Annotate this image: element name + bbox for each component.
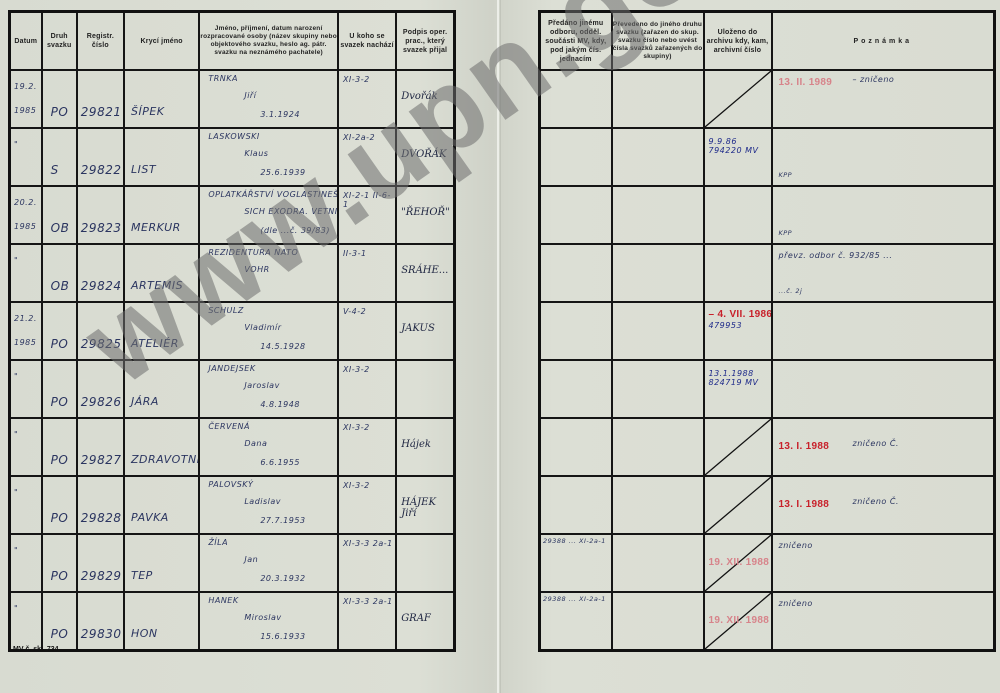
cell-transferred: 29388 ... XI-2a-1 [540, 534, 612, 592]
signature-value: "ŘEHOŘ" [401, 207, 449, 218]
date-value: " [14, 249, 40, 273]
cell-date: " [10, 476, 42, 534]
reg-value: 29822 [81, 163, 122, 177]
cell-converted [612, 534, 704, 592]
person-line-3: (dle ...č. 39/83) [260, 226, 330, 235]
person-line-2: Klaus [244, 149, 268, 158]
type-value: OB [51, 279, 70, 293]
cell-transferred [540, 128, 612, 186]
page-fold [497, 0, 499, 693]
form-code: MV č. skl. 734 [13, 646, 59, 653]
cell-date: 21.2. 1985 [10, 302, 42, 360]
cover-value: JÁRA [131, 395, 159, 408]
note-secondary: ...č. 2j [779, 287, 803, 295]
header-location: U koho se svazek nachází [338, 12, 396, 71]
cell-person: HANEKMiroslav15.6.1933 [199, 592, 338, 651]
cell-signature: HÁJEK Jiří [396, 476, 454, 534]
cell-signature: SRÁHE... [396, 244, 454, 302]
person-line-2: Miroslav [244, 613, 281, 622]
cover-value: TEP [131, 569, 153, 582]
cell-note [772, 302, 995, 360]
cover-value: PAVKA [131, 511, 169, 524]
cell-date: 20.2. 1985 [10, 186, 42, 244]
cell-signature [396, 360, 454, 418]
header-cover-name: Krycí jméno [124, 12, 199, 71]
cell-reg: 29827 [77, 418, 124, 476]
cell-type: PO [42, 476, 77, 534]
cell-cover: JÁRA [124, 360, 199, 418]
person-line-1: ČERVENÁ [208, 422, 250, 431]
person-line-1: JANDEJSEK [208, 364, 255, 373]
cell-transferred [540, 476, 612, 534]
location-value: XI-3-2 [343, 423, 395, 432]
date-value: " [14, 133, 40, 157]
header-row: Datum Druh svazku Registr. číslo Krycí j… [10, 12, 455, 71]
cell-archived: 19. XII. 1988 [704, 534, 772, 592]
signature-value: HÁJEK Jiří [401, 497, 453, 519]
cell-note: 13. I. 1988zničeno Č. [772, 418, 995, 476]
reg-value: 29827 [81, 453, 122, 467]
person-line-2: SICH EXODRA. VETNIV [244, 207, 338, 216]
header-archived: Uloženo do archivu kdy, kam, archivní čí… [704, 12, 772, 71]
cell-location: V-4-2 [338, 302, 396, 360]
cell-cover: MERKUR [124, 186, 199, 244]
table-row: "PO29827ZDRAVOTNICEČERVENÁDana6.6.1955XI… [10, 418, 455, 476]
cell-signature: DVOŘÁK [396, 128, 454, 186]
cell-archived [704, 418, 772, 476]
person-line-2: Vladimír [244, 323, 281, 332]
archived-value: 9.9.86 794220 MV [709, 137, 772, 155]
strike-line [705, 477, 771, 533]
archived-value: 479953 [709, 321, 772, 330]
cell-archived: 13.1.1988 824719 MV [704, 360, 772, 418]
cell-person: TRNKAJiří3.1.1924 [199, 70, 338, 128]
cell-signature: JAKUS [396, 302, 454, 360]
cell-person: PALOVSKÝLadislav27.7.1953 [199, 476, 338, 534]
signature-value: DVOŘÁK [401, 149, 446, 160]
person-line-2: Jan [244, 555, 258, 564]
person-line-1: LASKOWSKI [208, 132, 259, 141]
cell-transferred [540, 418, 612, 476]
note-stamp: 13. I. 1988 [779, 441, 830, 452]
cell-signature [396, 534, 454, 592]
cell-note: 13. II. 1989– zničeno [772, 70, 995, 128]
reg-value: 29830 [81, 627, 122, 641]
header-date: Datum [10, 12, 42, 71]
person-line-2: VOHR [244, 265, 269, 274]
cell-person: OPLATKÁŘSTVÍ VOGLASTINEŠSICH EXODRA. VET… [199, 186, 338, 244]
page-fold-shadow [500, 0, 501, 693]
cell-location: II-3-1 [338, 244, 396, 302]
location-value: XI-2a-2 [343, 133, 395, 142]
cell-type: PO [42, 302, 77, 360]
cell-transferred [540, 70, 612, 128]
person-line-3: 15.6.1933 [260, 632, 305, 641]
header-signature: Podpis oper. prac., který svazek přijal [396, 12, 454, 71]
signature-value: JAKUS [401, 323, 435, 334]
person-line-1: OPLATKÁŘSTVÍ VOGLASTINEŠ [208, 190, 338, 199]
person-line-2: Dana [244, 439, 267, 448]
reg-value: 29823 [81, 221, 122, 235]
person-line-1: SCHULZ [208, 306, 243, 315]
cell-date: " [10, 592, 42, 651]
cell-reg: 29824 [77, 244, 124, 302]
cell-note: KPP [772, 186, 995, 244]
location-value: XI-3-3 2a-1 [343, 597, 395, 606]
cell-converted [612, 418, 704, 476]
reg-value: 29828 [81, 511, 122, 525]
cell-converted [612, 70, 704, 128]
cell-note: 13. I. 1988zničeno Č. [772, 476, 995, 534]
type-value: OB [51, 221, 70, 235]
cell-cover: TEP [124, 534, 199, 592]
type-value: PO [51, 337, 69, 351]
signature-value: Hájek [401, 439, 431, 450]
note-stamp: 13. I. 1988 [779, 499, 830, 510]
cover-value: HON [131, 627, 158, 640]
date-value: " [14, 365, 40, 389]
person-line-2: Jaroslav [244, 381, 279, 390]
table-row: 13.1.1988 824719 MV [540, 360, 995, 418]
cell-note [772, 360, 995, 418]
cover-value: MERKUR [131, 221, 181, 234]
cover-value: ARTEMIS [131, 279, 183, 292]
person-line-3: 4.8.1948 [260, 400, 300, 409]
cell-reg: 29822 [77, 128, 124, 186]
table-row: 9.9.86 794220 MVKPP [540, 128, 995, 186]
reg-value: 29821 [81, 105, 122, 119]
cell-note: zničeno [772, 592, 995, 651]
cell-date: " [10, 534, 42, 592]
registry-table-left: Datum Druh svazku Registr. číslo Krycí j… [8, 10, 456, 652]
header-person: Jméno, příjmení, datum narození rozpraco… [199, 12, 338, 71]
reg-value: 29829 [81, 569, 122, 583]
cell-transferred [540, 244, 612, 302]
cell-reg: 29826 [77, 360, 124, 418]
person-line-3: 3.1.1924 [260, 110, 300, 119]
cell-converted [612, 592, 704, 651]
note-stamp: 13. II. 1989 [779, 77, 833, 88]
reg-value: 29826 [81, 395, 122, 409]
cell-reg: 29829 [77, 534, 124, 592]
cell-cover: LIST [124, 128, 199, 186]
cell-person: ŽÍLAJan20.3.1932 [199, 534, 338, 592]
cell-person: REZIDENTURA NATOVOHR [199, 244, 338, 302]
cell-reg: 29825 [77, 302, 124, 360]
cell-reg: 29828 [77, 476, 124, 534]
cell-archived [704, 186, 772, 244]
table-row: KPP [540, 186, 995, 244]
cell-note: zničeno [772, 534, 995, 592]
person-line-2: Ladislav [244, 497, 281, 506]
note-value: zničeno [779, 599, 813, 608]
cell-date: " [10, 244, 42, 302]
cell-date: " [10, 128, 42, 186]
cell-transferred: 29388 ... XI-2a-1 [540, 592, 612, 651]
signature-value: Dvořák [401, 91, 438, 102]
note-value: převz. odbor č. 932/85 ... [779, 251, 893, 260]
table-row: "PO29829TEPŽÍLAJan20.3.1932XI-3-3 2a-1 [10, 534, 455, 592]
location-value: XI-3-3 2a-1 [343, 539, 395, 548]
date-value: " [14, 539, 40, 563]
cell-person: JANDEJSEKJaroslav4.8.1948 [199, 360, 338, 418]
cell-converted [612, 360, 704, 418]
reg-value: 29824 [81, 279, 122, 293]
type-value: PO [51, 395, 69, 409]
table-row: převz. odbor č. 932/85 ......č. 2j [540, 244, 995, 302]
person-line-2: Jiří [244, 91, 256, 100]
cell-reg: 29823 [77, 186, 124, 244]
cell-reg: 29830 [77, 592, 124, 651]
header-row: Předáno jinému odboru, odděl. součásti M… [540, 12, 995, 71]
archived-value: 13.1.1988 824719 MV [709, 369, 772, 387]
header-note: Poznámka [772, 12, 995, 71]
cover-value: LIST [131, 163, 156, 176]
cell-signature: Dvořák [396, 70, 454, 128]
person-line-3: 27.7.1953 [260, 516, 305, 525]
table-row: "PO29826JÁRAJANDEJSEKJaroslav4.8.1948XI-… [10, 360, 455, 418]
type-value: PO [51, 569, 69, 583]
date-value: " [14, 597, 40, 621]
table-row: 20.2. 1985OB29823MERKUROPLATKÁŘSTVÍ VOGL… [10, 186, 455, 244]
cover-value: ATELIÉR [131, 337, 179, 350]
header-transferred: Předáno jinému odboru, odděl. součásti M… [540, 12, 612, 71]
person-line-3: 20.3.1932 [260, 574, 305, 583]
cell-signature: "ŘEHOŘ" [396, 186, 454, 244]
location-value: XI-3-2 [343, 365, 395, 374]
date-value: " [14, 423, 40, 447]
location-value: V-4-2 [343, 307, 395, 316]
type-value: S [51, 163, 59, 177]
note-value: zničeno Č. [853, 439, 899, 448]
signature-value: GRAF [401, 613, 431, 624]
cell-note: převz. odbor č. 932/85 ......č. 2j [772, 244, 995, 302]
cell-converted [612, 186, 704, 244]
archive-stamp: 19. XII. 1988 [709, 615, 770, 626]
cell-location: XI-3-2 [338, 360, 396, 418]
cell-cover: HON [124, 592, 199, 651]
cell-location: XI-3-2 [338, 476, 396, 534]
table-row: 29388 ... XI-2a-119. XII. 1988zničeno [540, 592, 995, 651]
table-row: "PO29830HONHANEKMiroslav15.6.1933XI-3-3 … [10, 592, 455, 651]
cell-cover: ZDRAVOTNICE [124, 418, 199, 476]
location-value: II-3-1 [343, 249, 395, 258]
date-value: " [14, 481, 40, 505]
type-value: PO [51, 453, 69, 467]
note-value: zničeno [779, 541, 813, 550]
cell-person: LASKOWSKIKlaus25.6.1939 [199, 128, 338, 186]
cell-type: OB [42, 244, 77, 302]
type-value: PO [51, 511, 69, 525]
note-secondary: KPP [779, 171, 793, 179]
table-row: 19.2. 1985PO29821ŠÍPEKTRNKAJiří3.1.1924X… [10, 70, 455, 128]
registry-table-right: Předáno jinému odboru, odděl. součásti M… [538, 10, 996, 652]
person-line-3: 14.5.1928 [260, 342, 305, 351]
cell-person: ČERVENÁDana6.6.1955 [199, 418, 338, 476]
header-reg-number: Registr. číslo [77, 12, 124, 71]
header-type: Druh svazku [42, 12, 77, 71]
cell-date: " [10, 360, 42, 418]
cell-location: XI-3-2 [338, 418, 396, 476]
cell-signature: Hájek [396, 418, 454, 476]
cell-archived: 9.9.86 794220 MV [704, 128, 772, 186]
reg-value: 29825 [81, 337, 122, 351]
table-row: 29388 ... XI-2a-119. XII. 1988zničeno [540, 534, 995, 592]
cell-type: PO [42, 70, 77, 128]
table-row: "PO29828PAVKAPALOVSKÝLadislav27.7.1953XI… [10, 476, 455, 534]
table-row: 13. I. 1988zničeno Č. [540, 476, 995, 534]
cell-converted [612, 128, 704, 186]
header-converted: Převedeno do jiného druhu svazku (zařaze… [612, 12, 704, 71]
person-line-1: REZIDENTURA NATO [208, 248, 298, 257]
person-line-1: TRNKA [208, 74, 238, 83]
cell-transferred [540, 360, 612, 418]
cell-type: PO [42, 592, 77, 651]
cell-converted [612, 476, 704, 534]
table-row: 13. II. 1989– zničeno [540, 70, 995, 128]
transferred-value: 29388 ... XI-2a-1 [543, 537, 606, 545]
cell-archived: 19. XII. 1988 [704, 592, 772, 651]
cell-transferred [540, 186, 612, 244]
archive-stamp: 19. XII. 1988 [709, 557, 770, 568]
cell-archived [704, 476, 772, 534]
cell-converted [612, 302, 704, 360]
cell-reg: 29821 [77, 70, 124, 128]
note-value: – zničeno [853, 75, 895, 84]
cell-type: PO [42, 418, 77, 476]
cell-cover: PAVKA [124, 476, 199, 534]
person-line-1: ŽÍLA [208, 538, 228, 547]
location-value: XI-3-2 [343, 75, 395, 84]
cell-cover: ATELIÉR [124, 302, 199, 360]
cell-location: XI-2a-2 [338, 128, 396, 186]
note-value: zničeno Č. [853, 497, 899, 506]
cell-transferred [540, 302, 612, 360]
type-value: PO [51, 105, 69, 119]
archive-stamp: – 4. VII. 1986 [709, 309, 772, 320]
table-row: – 4. VII. 1986479953 [540, 302, 995, 360]
cell-date: " [10, 418, 42, 476]
cell-location: XI-2-1 II-6-1 [338, 186, 396, 244]
strike-line [705, 71, 771, 127]
cell-location: XI-3-3 2a-1 [338, 592, 396, 651]
cell-type: S [42, 128, 77, 186]
strike-line [705, 419, 771, 475]
table-row: "OB29824ARTEMISREZIDENTURA NATOVOHRII-3-… [10, 244, 455, 302]
location-value: XI-3-2 [343, 481, 395, 490]
cell-archived [704, 244, 772, 302]
signature-value: SRÁHE... [401, 265, 448, 276]
cell-cover: ARTEMIS [124, 244, 199, 302]
cell-type: OB [42, 186, 77, 244]
person-line-3: 6.6.1955 [260, 458, 300, 467]
cell-archived [704, 70, 772, 128]
table-row: "S29822LISTLASKOWSKIKlaus25.6.1939XI-2a-… [10, 128, 455, 186]
cell-date: 19.2. 1985 [10, 70, 42, 128]
person-line-1: HANEK [208, 596, 238, 605]
type-value: PO [51, 627, 69, 641]
date-value: 19.2. 1985 [14, 75, 40, 123]
cell-converted [612, 244, 704, 302]
person-line-1: PALOVSKÝ [208, 480, 253, 489]
note-secondary: KPP [779, 229, 793, 237]
transferred-value: 29388 ... XI-2a-1 [543, 595, 606, 603]
date-value: 20.2. 1985 [14, 191, 40, 239]
date-value: 21.2. 1985 [14, 307, 40, 355]
cell-note: KPP [772, 128, 995, 186]
table-row: 21.2. 1985PO29825ATELIÉRSCHULZVladimír14… [10, 302, 455, 360]
cell-signature: GRAF [396, 592, 454, 651]
cover-value: ZDRAVOTNICE [131, 453, 199, 466]
cell-location: XI-3-3 2a-1 [338, 534, 396, 592]
cell-type: PO [42, 534, 77, 592]
person-line-3: 25.6.1939 [260, 168, 305, 177]
cell-location: XI-3-2 [338, 70, 396, 128]
cover-value: ŠÍPEK [131, 105, 165, 118]
cell-type: PO [42, 360, 77, 418]
table-row: 13. I. 1988zničeno Č. [540, 418, 995, 476]
cell-cover: ŠÍPEK [124, 70, 199, 128]
location-value: XI-2-1 II-6-1 [343, 191, 395, 209]
cell-person: SCHULZVladimír14.5.1928 [199, 302, 338, 360]
cell-archived: – 4. VII. 1986479953 [704, 302, 772, 360]
